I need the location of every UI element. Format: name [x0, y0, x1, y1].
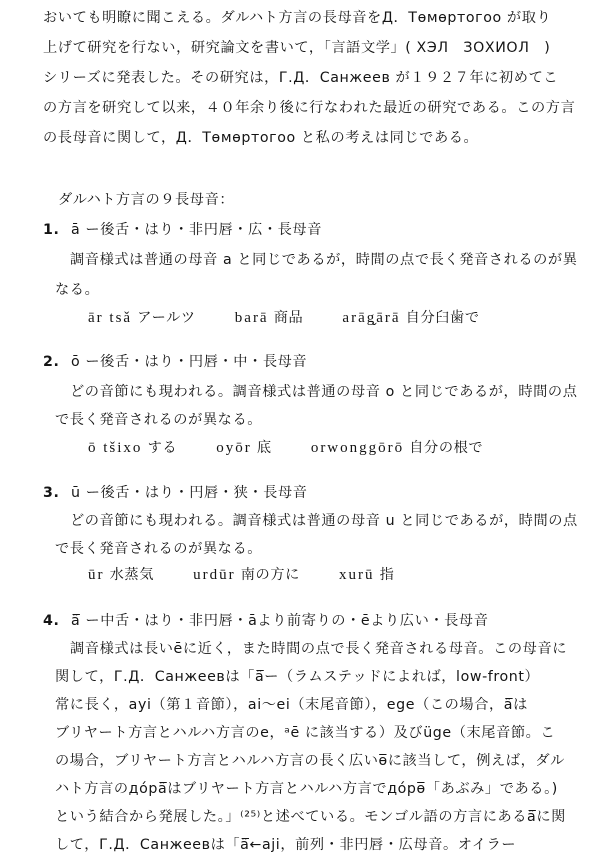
vowel-desc-line: 調音様式は普通の母音 a と同じであるが，時間の点で長く発音されるのが異 — [70, 250, 578, 270]
vowel-heading-text: ū ー後舌・はり・円唇・狭・長母音 — [71, 485, 308, 501]
vowel-heading-4: 4.ä̅ ー中舌・はり・非円唇・āより前寄りの・ēより広い・長母音 — [43, 611, 489, 631]
example: xurū 指 — [339, 565, 394, 585]
vowel-number: 2. — [43, 352, 71, 372]
intro-line: の方言を研究して以来，４０年余り後に行なわれた最近の研究である。この方言 — [43, 98, 575, 118]
vowel-desc-line: どの音節にも現われる。調音様式は普通の母音 o と同じであるが，時間の点 — [70, 382, 578, 402]
intro-line: おいても明瞭に聞こえる。ダルハト方言の長母音をД．Төмөртогоо が取り — [43, 8, 551, 28]
vowel-heading-text: ä̅ ー中舌・はり・非円唇・āより前寄りの・ēより広い・長母音 — [71, 613, 489, 629]
vowel-desc-line: 常に長く，ayi（第１音節），ai～ei（末尾音節），ege（この場合，ä̅は — [55, 695, 528, 715]
intro-line: シリーズに発表した。その研究は，Г.Д．Санжеев が１９２７年に初めてこ — [43, 68, 558, 88]
vowel-heading-3: 3.ū ー後舌・はり・円唇・狭・長母音 — [43, 483, 308, 503]
vowel-heading-text: ā ー後舌・はり・非円唇・広・長母音 — [71, 222, 322, 238]
vowel-desc-line: なる。 — [55, 280, 99, 300]
examples-row-2: ō tšixo する oyōr 底 orwonggōrō 自分の根で — [88, 438, 517, 458]
example: orwonggōrō 自分の根で — [311, 438, 483, 458]
vowel-heading-2: 2.ō ー後舌・はり・円唇・中・長母音 — [43, 352, 307, 372]
vowel-desc-line: で長く発音されるのが異なる。 — [55, 539, 262, 559]
example: ō tšixo する — [88, 438, 177, 458]
vowel-desc-line: ハト方言のдóрä̅はブリヤート方言とハルハ方言でдóрɵ̅「あぶみ」である。) — [55, 779, 558, 799]
section-title: ダルハト方言の９長母音： — [58, 190, 234, 210]
example: oyōr 底 — [216, 438, 271, 458]
vowel-desc-line: の場合，ブリヤート方言とハルハ方言の長く広いɵ̅に該当して，例えば，ダル — [55, 751, 565, 771]
vowel-desc-line: で長く発音されるのが異なる。 — [55, 410, 262, 430]
example: urdūr 南の方に — [193, 565, 300, 585]
example: ār tsǎ アールツ — [88, 308, 196, 328]
vowel-desc-line: して，Г.Д．Санжеевは「ä̅←aji，前列・非円唇・広母音。オイラー — [55, 835, 516, 855]
document-page: おいても明瞭に聞こえる。ダルハト方言の長母音をД．Төмөртогоо が取り … — [0, 0, 600, 861]
examples-row-3: ūr 水蒸気 urdūr 南の方に xurū 指 — [88, 565, 428, 585]
example: arāg̬ārā 自分臼歯で — [342, 308, 479, 328]
vowel-heading-1: 1.ā ー後舌・はり・非円唇・広・長母音 — [43, 220, 322, 240]
vowel-desc-line: どの音節にも現われる。調音様式は普通の母音 u と同じであるが，時間の点 — [70, 511, 578, 531]
intro-line: の長母音に関して，Д．Төмөртогоо と私の考えは同じである。 — [43, 128, 478, 148]
vowel-number: 4. — [43, 611, 71, 631]
example: barā 商品 — [235, 308, 304, 328]
vowel-number: 3. — [43, 483, 71, 503]
examples-row-1: ār tsǎ アールツ barā 商品 arāg̬ārā 自分臼歯で — [88, 308, 514, 328]
vowel-desc-line: 調音様式は長いēに近く，また時間の点で長く発音される母音。この母音に — [70, 639, 567, 659]
example: ūr 水蒸気 — [88, 565, 154, 585]
intro-line: 上げて研究を行ない，研究論文を書いて，「言語文学」( ХЭЛ ЗОХИОЛ ) — [43, 38, 550, 58]
vowel-number: 1. — [43, 220, 71, 240]
vowel-desc-line: という結合から発展した。」⁽²⁵⁾と述べている。モンゴル語の方言にあるä̅に関 — [55, 807, 566, 827]
vowel-desc-line: ブリヤート方言とハルハ方言のe，ᵃē に該当する）及びüge（末尾音節。こ — [55, 723, 555, 743]
vowel-desc-line: 関して，Г.Д．Санжеевは「ä̅ー（ラムステッドによれば，low-fron… — [55, 667, 539, 687]
vowel-heading-text: ō ー後舌・はり・円唇・中・長母音 — [71, 354, 307, 370]
